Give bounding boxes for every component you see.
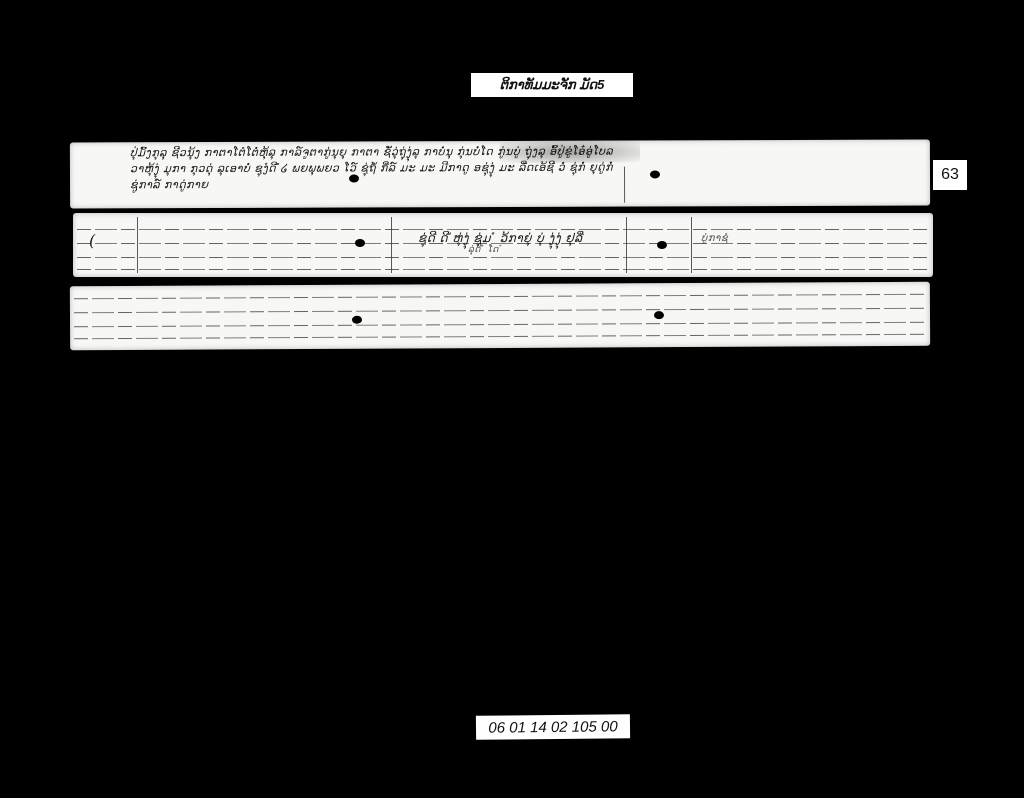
leaf-1-margin-line	[624, 167, 625, 203]
leaf-2-margin-line-left	[137, 217, 138, 273]
page-number-label: 63	[933, 160, 967, 190]
string-hole-left	[355, 239, 365, 247]
ruled-line	[74, 334, 926, 339]
ruled-line	[77, 269, 929, 270]
string-hole-right	[650, 170, 660, 178]
ink-smudge	[500, 141, 640, 163]
ruled-line	[74, 294, 926, 299]
ruled-line	[74, 308, 926, 313]
palm-leaf-1: ປຸ່ມົ້ງກຸລຸ ຊີວນຸ້ງ ກາຕາໂຕໍໂຕໍ່ຫຸ້ລຸ ກາລ…	[70, 139, 930, 208]
leaf-2-line-1: ຊຸ່ດີ ດີ ່ຫຸ່ງຸ່ ຊຸ່ມ ໍ ວ້ກາຍຸ່ ບຸ່ ງຸ່ງ…	[418, 231, 583, 245]
leaf-2-line-3: ບູ່ກາຊໍ	[701, 233, 728, 244]
leaf-2-margin-line	[626, 217, 627, 273]
leaf-1-line-3: ຊູ່ກາລ໌ ກາດູ່ກາຍ	[130, 178, 209, 191]
string-hole-right	[657, 241, 667, 249]
ruled-line	[77, 257, 929, 258]
leaf-2-edge-mark: (	[89, 231, 96, 250]
manuscript-title-label: ຕິກາທັມມະຈັກ ມັດ5	[471, 73, 633, 97]
palm-leaf-2: ຊຸ່ດີ ດີ ່ຫຸ່ງຸ່ ຊຸ່ມ ໍ ວ້ກາຍຸ່ ບຸ່ ງຸ່ງ…	[73, 213, 933, 277]
string-hole-right	[654, 311, 664, 319]
ruled-line	[77, 229, 929, 230]
palm-leaf-3	[70, 282, 930, 351]
leaf-2-margin-line	[391, 217, 392, 273]
leaf-2-line-2: ລຸ່ດີ ໍ ໂດ ໍ	[468, 245, 502, 255]
string-hole-left	[349, 174, 359, 182]
string-hole-left	[352, 316, 362, 324]
catalog-number-label: 06 01 14 02 105 00	[476, 714, 630, 740]
ruled-line	[74, 322, 926, 327]
leaf-2-margin-line	[691, 217, 692, 273]
